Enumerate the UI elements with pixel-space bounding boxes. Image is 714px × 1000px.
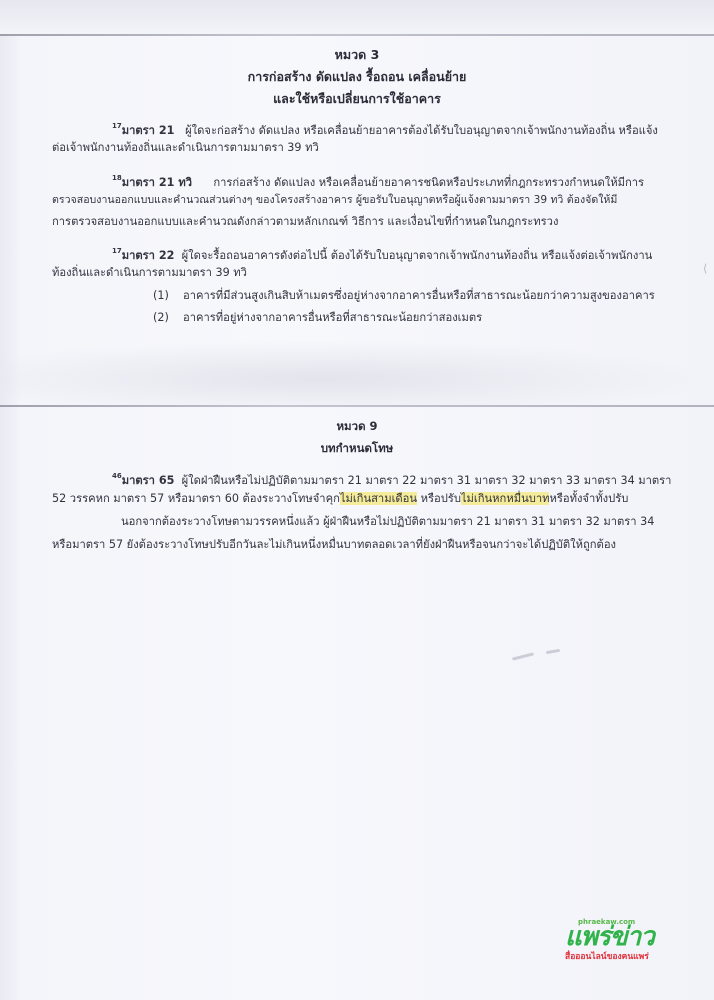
article-65-line-4: หรือมาตรา 57 ยังต้องระวางโทษปรับอีกวันละ… xyxy=(52,534,616,556)
scan-smudge xyxy=(546,649,560,654)
section-number: มาตรา 21 xyxy=(122,124,175,137)
paper-crease-top xyxy=(0,34,714,36)
section-number: มาตรา 21 ทวิ xyxy=(122,176,192,189)
footnote-ref: 46 xyxy=(112,472,122,480)
logo-name: แพร่ข่าว xyxy=(565,924,654,950)
watermark-logo: phraekaw.com แพร่ข่าว สื่อออนไลน์ของคนแพ… xyxy=(565,918,700,960)
page-top-strip xyxy=(0,0,714,34)
article-22-item-1: (1)อาคารที่มีส่วนสูงเกินสิบห้าเมตรซึ่งอย… xyxy=(153,285,655,307)
paper-shadow xyxy=(0,340,714,405)
section3-title: หมวด 3 xyxy=(0,45,714,65)
scan-smudge xyxy=(512,652,534,660)
section-number: มาตรา 65 xyxy=(122,474,175,487)
paper-crease-middle xyxy=(0,405,714,407)
highlight-jail-term: ไม่เกินสามเดือน xyxy=(340,492,417,505)
scan-edge-mark: ⟨ xyxy=(703,262,707,275)
logo-tagline: สื่อออนไลน์ของคนแพร่ xyxy=(565,949,649,963)
footnote-ref: 17 xyxy=(112,122,122,130)
section3-subtitle-1: การก่อสร้าง ดัดแปลง รื้อถอน เคลื่อนย้าย xyxy=(0,67,714,87)
article-65-line-3: นอกจากต้องระวางโทษตามวรรคหนึ่งแล้ว ผู้ฝ่… xyxy=(121,511,654,533)
footnote-ref: 18 xyxy=(112,174,122,182)
highlight-fine-amount: ไม่เกินหกหมื่นบาท xyxy=(461,492,550,505)
section3-subtitle-2: และใช้หรือเปลี่ยนการใช้อาคาร xyxy=(0,89,714,109)
section-number: มาตรา 22 xyxy=(122,249,175,262)
article-65-line-2: 52 วรรคหก มาตรา 57 หรือมาตรา 60 ต้องระวา… xyxy=(52,488,628,510)
section9-subtitle: บทกำหนดโทษ xyxy=(0,440,714,458)
article-22-line-2: ท้องถิ่นและดำเนินการตามมาตรา 39 ทวิ xyxy=(52,262,247,284)
section9-title: หมวด 9 xyxy=(0,418,714,436)
article-21bis-line-2: ตรวจสอบงานออกแบบและคำนวณส่วนต่างๆ ของโคร… xyxy=(52,189,617,211)
article-21-line-2: ต่อเจ้าพนักงานท้องถิ่นและดำเนินการตามมาต… xyxy=(52,137,319,159)
article-21bis-line-3: การตรวจสอบงานออกแบบและคำนวณดังกล่าวตามหล… xyxy=(52,211,558,233)
footnote-ref: 17 xyxy=(112,247,122,255)
article-22-item-2: (2)อาคารที่อยู่ห่างจากอาคารอื่นหรือที่สา… xyxy=(153,307,482,329)
